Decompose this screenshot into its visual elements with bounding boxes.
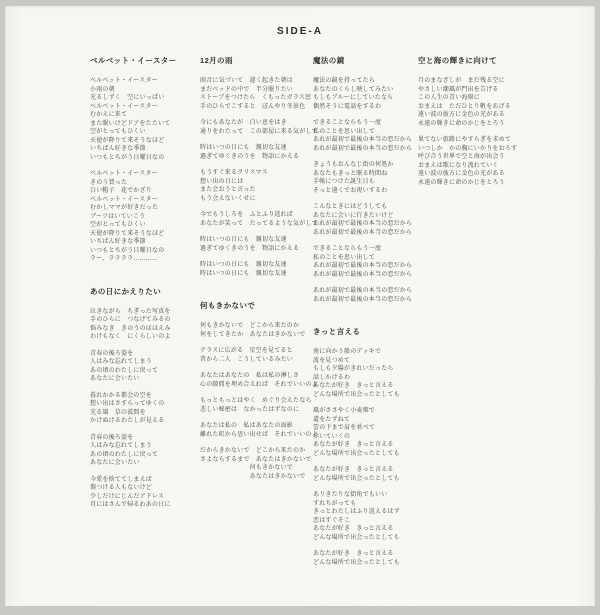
- lyric-line: あなたは私の 私はあなたの面影: [200, 422, 316, 431]
- lyric-line: 今にもあなたが 白い息をはき: [200, 119, 316, 128]
- lyric-line: ブーツはいていこう: [90, 213, 200, 222]
- lyric-line: あなたが好き きっと言える: [313, 550, 417, 559]
- lyric-line: あの頃のわたしに戻って: [90, 451, 200, 460]
- lyric-line: 雲の下まで肩を並べて: [313, 424, 417, 433]
- lyric-line: 手のひらに つなげてみるの: [90, 316, 200, 325]
- lyric-line: いつもとちがう日曜日なの: [90, 154, 200, 163]
- song-2-1: 12月の雨雨音に気づいて 遅く起きた朝はまだベッドの中で 半分眠りたいストーブを…: [200, 55, 316, 278]
- lyric-line: 心の隙間を埋め合えれば それでいいのよ: [200, 381, 316, 390]
- lyric-line: 魔法の鏡を持ってたら: [313, 77, 417, 86]
- lyric-line: そっと遠くでお祝いするわ: [313, 187, 417, 196]
- lyric-line: もしも夕陽がきれいだったら: [313, 365, 417, 374]
- lyric-line: あれが最初で最後の本当の恋だから: [313, 229, 417, 238]
- lyric-line: わけもなく にくらしいのよ: [90, 333, 200, 342]
- lyric-line: 遠い波の彼方に金色の光がある: [418, 111, 530, 120]
- stanza: 時はいつの日にも 親切な友達時はいつの日にも 親切な友達: [200, 261, 316, 278]
- stanza: あなたが好き きっと言えるどんな場所で出会ったとしても: [313, 550, 417, 567]
- lyric-line: おまえは歌になり流れていく: [418, 162, 530, 171]
- lyric-line: あれが最初で最後の本当の恋だから: [313, 145, 417, 154]
- lyric-line: あなたもきっと眠る時間ね: [313, 170, 417, 179]
- lyric-line: むかえに来て: [90, 111, 200, 120]
- lyric-line: 月のまなざしが まだ残る空に: [418, 77, 530, 86]
- stanza: 時はいつの日にも 親切な友達過ぎてゆくきのうを 物語にかえる: [200, 144, 316, 161]
- lyric-line: 青春の後ろ姿を: [90, 434, 200, 443]
- lyric-line: 遠い波の彼方に金色の光がある: [418, 170, 530, 179]
- lyric-line: 歩いていくの: [313, 433, 417, 442]
- lyrics-column-2: 12月の雨雨音に気づいて 遅く起きた朝はまだベッドの中で 半分眠りたいストーブを…: [200, 55, 316, 489]
- song-1-1: ベルベット・イースターベルベット・イースター小雨の朝光るしずく 空にいっぱいベル…: [90, 55, 200, 264]
- song-3-2: きっと言える南に向かう船のデッキで波を見つめてもしも夕陽がきれいだったら話しかけ…: [313, 326, 417, 567]
- stanza: できることならもう一度私のことを思い出してあれが最初で最後の本当の恋だからあれが…: [313, 245, 417, 279]
- lyric-line: あなたに会いたい: [90, 375, 200, 384]
- lyric-line: おまえは ただひとり帆をあげる: [418, 103, 530, 112]
- lyric-line: ベルベット・イースター: [90, 77, 200, 86]
- stanza: 泣きながら ちぎった写真を手のひらに つなげてみるの悩みなき きのうのほほえみわ…: [90, 308, 200, 342]
- stanza: 果てない旅路にやすらぎを求めていつしか かの胸にいかりをおろす呼び合う世界で空と…: [418, 136, 530, 187]
- lyric-line: 私のことを思い出して: [313, 254, 417, 263]
- song-title: 12月の雨: [200, 55, 316, 66]
- lyric-line: 話しかけるわ: [313, 374, 417, 383]
- lyric-line: あなたが好き きっと言える: [313, 441, 417, 450]
- stanza: だからきかないで どこから来たのかさよならするまで あなたはきかないで 何もきか…: [200, 447, 316, 481]
- lyric-line: 永遠の輝きに命のかじをとろう: [418, 120, 530, 129]
- lyric-line: ベルベット・イースター: [90, 170, 200, 179]
- lyric-line: 手帳につけた誕生日も: [313, 178, 417, 187]
- stanza: もっともっとはやく めぐり会えたなら悲しい秘密は なかったはずなのに: [200, 397, 316, 414]
- lyric-line: 泣きながら ちぎった写真を: [90, 308, 200, 317]
- lyric-line: やさしい潮風が門出を告げる: [418, 86, 530, 95]
- lyric-line: どんな場所で出会ったとしても: [313, 534, 417, 543]
- stanza: きょうもおんなじ街の何処かあなたもきっと眠る時間ね手帳につけた誕生日もそっと遠く…: [313, 161, 417, 195]
- song-3-1: 魔法の鏡魔法の鏡を持ってたらあなたのくらし映してみたいもしもブルーにしていたなら…: [313, 55, 417, 304]
- lyric-line: 空がとってもひくい: [90, 128, 200, 137]
- lyrics-column-1: ベルベット・イースターベルベット・イースター小雨の朝光るしずく 空にいっぱいベル…: [90, 55, 200, 518]
- stanza: ありきたりな街角でもいいすれちがってもきっとわたしはふり返えるはず恋はすぐそこあ…: [313, 491, 417, 542]
- lyric-line: 傷つける人もないけど: [90, 484, 200, 493]
- lyrics-column-3: 魔法の鏡魔法の鏡を持ってたらあなたのくらし映してみたいもしもブルーにしていたなら…: [313, 55, 417, 575]
- lyric-line: いつもとちがう日曜日なの: [90, 247, 200, 256]
- lyric-line: また会おうと言った: [200, 186, 316, 195]
- stanza: あなたは私の 私はあなたの面影離れた町から思い出せば それでいいのよ: [200, 422, 316, 439]
- lyric-line: ベルベット・イースター: [90, 196, 200, 205]
- lyric-line: 頁にはさんで帰るわあの日に: [90, 501, 200, 510]
- lyric-line: 時はいつの日にも 親切な友達: [200, 144, 316, 153]
- song-title: 空と海の輝きに向けて: [418, 55, 530, 66]
- lyric-line: 今愛を捨ててしまえば: [90, 476, 200, 485]
- lyric-line: きのう買った: [90, 179, 200, 188]
- lyric-line: あなたが好き きっと言える: [313, 525, 417, 534]
- stanza: 暮れかかる都会の空を想い出はさすらってゆくの光る風 草の波間をかけぬけるわたしが…: [90, 392, 200, 426]
- lyric-line: もしもブルーにしていたなら: [313, 94, 417, 103]
- lyric-line: 天使が降りて来そうなほど: [90, 137, 200, 146]
- lyric-line: もっともっとはやく めぐり会えたなら: [200, 397, 316, 406]
- song-2-2: 何もきかないで何もきかないで どこから来たのか何をしてきたか あなたはきかないで…: [200, 300, 316, 481]
- lyric-line: 私のことを思い出して: [313, 128, 417, 137]
- stanza: もうすぐ来るクリスマス想い出の日にはまた会おうと言ったもう会えないくせに: [200, 169, 316, 203]
- lyric-line: 呼び合う世界で空と海が出会う: [418, 153, 530, 162]
- song-title: あの日にかえりたい: [90, 286, 200, 297]
- lyric-line: 恋はすぐそこ: [313, 517, 417, 526]
- lyric-line: また眠いけどドアをたたいて: [90, 120, 200, 129]
- lyric-line: どんな場所で出会ったとしても: [313, 559, 417, 568]
- lyric-line: いちばん好きな季節: [90, 145, 200, 154]
- lyric-line: 雨音に気づいて 遅く起きた朝は: [200, 77, 316, 86]
- stanza: 今にもあなたが 白い息をはき通りをわたって この部屋に来る気がして: [200, 119, 316, 136]
- stanza: あなたが好き きっと言えるどんな場所で出会ったとしても: [313, 466, 417, 483]
- lyric-line: まだベッドの中で 半分眠りたい: [200, 86, 316, 95]
- lyric-line: この人生の青い海原に: [418, 94, 530, 103]
- stanza: 青春の後ろ姿を人はみな忘れてしまうあの頃のわたしに戻ってあなたに会いたい: [90, 350, 200, 384]
- lyric-line: すれちがっても: [313, 500, 417, 509]
- lyric-line: ありきたりな街角でもいい: [313, 491, 417, 500]
- lyric-line: 暮れかかる都会の空を: [90, 392, 200, 401]
- lyric-line: もう会えないくせに: [200, 195, 316, 204]
- song-title: 何もきかないで: [200, 300, 316, 311]
- lyric-line: 光るしずく 空にいっぱい: [90, 94, 200, 103]
- stanza: ベルベット・イースター小雨の朝光るしずく 空にいっぱいベルベット・イースターむか…: [90, 77, 200, 162]
- lyric-line: 白い帽子 花でかざり: [90, 187, 200, 196]
- song-title: 魔法の鏡: [313, 55, 417, 66]
- stanza: 何もきかないで どこから来たのか何をしてきたか あなたはきかないで: [200, 322, 316, 339]
- lyric-line: 何もきかないで どこから来たのか: [200, 322, 316, 331]
- lyric-line: 離れた町から思い出せば それでいいのよ: [200, 431, 316, 440]
- song-4-1: 空と海の輝きに向けて月のまなざしが まだ残る空にやさしい潮風が門出を告げるこの人…: [418, 55, 530, 187]
- lyric-line: さよならするまで あなたはきかないで: [200, 456, 316, 465]
- stanza: できることならもう一度私のことを思い出してあれが最初で最後の本当の恋だからあれが…: [313, 119, 417, 153]
- lyric-line: 時はいつの日にも 親切な友達: [200, 261, 316, 270]
- stanza: 雨音に気づいて 遅く起きた朝はまだベッドの中で 半分眠りたいストーブをつけたら …: [200, 77, 316, 111]
- lyric-line: 手のひらでこすると ぼんやり冬景色: [200, 103, 316, 112]
- lyric-line: 昔から二人 こうしているみたい: [200, 356, 316, 365]
- lyric-line: 時はいつの日にも 親切な友達: [200, 236, 316, 245]
- lyric-line: あなたはきかないで: [200, 473, 316, 482]
- stanza: ベルベット・イースターきのう買った白い帽子 花でかざりベルベット・イースターむか…: [90, 170, 200, 264]
- lyric-line: 悲しい秘密は なかったはずなのに: [200, 406, 316, 415]
- lyric-line: どんな場所で出会ったとしても: [313, 391, 417, 400]
- lyric-line: 果てない旅路にやすらぎを求めて: [418, 136, 530, 145]
- lyric-line: 悩みなき きのうのほほえみ: [90, 325, 200, 334]
- lyric-line: 少しだけにじんだアドレス: [90, 493, 200, 502]
- lyric-line: あの頃のわたしに戻って: [90, 367, 200, 376]
- lyric-line: どんな場所で出会ったとしても: [313, 450, 417, 459]
- lyric-line: 人はみな忘れてしまう: [90, 442, 200, 451]
- stanza: 青春の後ろ姿を人はみな忘れてしまうあの頃のわたしに戻ってあなたに会いたい: [90, 434, 200, 468]
- lyric-line: 波を見つめて: [313, 357, 417, 366]
- lyric-line: あれが最初で最後の本当の恋だから: [313, 262, 417, 271]
- lyric-line: きょうもおんなじ街の何処か: [313, 161, 417, 170]
- stanza: あれが最初で最後の本当の恋だからあれが最初で最後の本当の恋だから: [313, 287, 417, 304]
- lyrics-column-4: 空と海の輝きに向けて月のまなざしが まだ残る空にやさしい潮風が門出を告げるこの人…: [418, 55, 530, 195]
- lyric-line: あなたが好き きっと言える: [313, 382, 417, 391]
- lyric-line: あなたが好き きっと言える: [313, 466, 417, 475]
- lyric-line: あなたのくらし映してみたい: [313, 86, 417, 95]
- lyric-line: むかしママが好きだった: [90, 204, 200, 213]
- stanza: 魔法の鏡を持ってたらあなたのくらし映してみたいもしもブルーにしていたなら偶然そう…: [313, 77, 417, 111]
- lyric-line: 天使が降りて来そうなほど: [90, 230, 200, 239]
- lyric-line: こんなときにはどうしても: [313, 203, 417, 212]
- stanza: 風がささやく小麦畑で道をたずねて雲の下まで肩を並べて歩いていくのあなたが好き き…: [313, 407, 417, 458]
- stanza: 今でもうしろを ふとふり返ればあなたが笑って たってるような気がして: [200, 211, 316, 228]
- stanza: こんなときにはどうしてもあなたに会いに行きたいけどあれが最初で最後の本当の恋だか…: [313, 203, 417, 237]
- lyric-line: きっとわたしはふり返えるはず: [313, 508, 417, 517]
- stanza: 月のまなざしが まだ残る空にやさしい潮風が門出を告げるこの人生の青い海原におまえ…: [418, 77, 530, 128]
- lyric-line: 偶然そうに電話をするわ: [313, 103, 417, 112]
- lyric-line: 想い出の日には: [200, 178, 316, 187]
- lyric-line: 人はみな忘れてしまう: [90, 358, 200, 367]
- lyric-line: いちばん好きな季節: [90, 238, 200, 247]
- lyric-line: 道をたずねて: [313, 416, 417, 425]
- stanza: テラスに広がる 星空を見てると昔から二人 こうしているみたい: [200, 347, 316, 364]
- lyric-line: 通りをわたって この部屋に来る気がして: [200, 128, 316, 137]
- lyric-line: あれが最初で最後の本当の恋だから: [313, 136, 417, 145]
- lyric-line: あなたに会いに行きたいけど: [313, 212, 417, 221]
- lyric-line: かけぬけるわたしが見える: [90, 417, 200, 426]
- stanza: 南に向かう船のデッキで波を見つめてもしも夕陽がきれいだったら話しかけるわあなたが…: [313, 348, 417, 399]
- song-title: きっと言える: [313, 326, 417, 337]
- lyric-line: だからきかないで どこから来たのか: [200, 447, 316, 456]
- lyric-line: あれが最初で最後の本当の恋だから: [313, 296, 417, 305]
- lyric-line: 風がささやく小麦畑で: [313, 407, 417, 416]
- lyric-line: 今でもうしろを ふとふり返れば: [200, 211, 316, 220]
- lyric-line: 永遠の輝きに命のかじをとろう: [418, 179, 530, 188]
- lyric-line: あれが最初で最後の本当の恋だから: [313, 287, 417, 296]
- lyric-line: 南に向かう船のデッキで: [313, 348, 417, 357]
- song-title: ベルベット・イースター: [90, 55, 200, 66]
- lyric-sheet-page: SIDE-A ベルベット・イースターベルベット・イースター小雨の朝光るしずく 空…: [5, 6, 595, 606]
- lyric-line: 想い出はさすらってゆくの: [90, 400, 200, 409]
- lyric-line: いつしか かの胸にいかりをおろす: [418, 145, 530, 154]
- lyric-line: 時はいつの日にも 親切な友達: [200, 270, 316, 279]
- lyric-line: テラスに広がる 星空を見てると: [200, 347, 316, 356]
- lyric-line: あなたに会いたい: [90, 459, 200, 468]
- lyric-line: 過ぎてゆくきのうを 物語にかえる: [200, 153, 316, 162]
- lyric-line: できることならもう一度: [313, 245, 417, 254]
- lyric-line: 過ぎてゆくきのうを 物語にかえる: [200, 245, 316, 254]
- lyric-line: 空がとってもひくい: [90, 221, 200, 230]
- lyric-line: あなたが笑って たってるような気がして: [200, 220, 316, 229]
- lyrics-columns: ベルベット・イースターベルベット・イースター小雨の朝光るしずく 空にいっぱいベル…: [5, 6, 595, 606]
- stanza: あなたはあなたの 私は私の淋しさ心の隙間を埋め合えれば それでいいのよ: [200, 372, 316, 389]
- lyric-line: ベルベット・イースター: [90, 103, 200, 112]
- lyric-line: あなたはあなたの 私は私の淋しさ: [200, 372, 316, 381]
- song-1-2: あの日にかえりたい泣きながら ちぎった写真を手のひらに つなげてみるの悩みなき …: [90, 286, 200, 510]
- lyric-line: どんな場所で出会ったとしても: [313, 475, 417, 484]
- lyric-line: あれが最初で最後の本当の恋だから: [313, 271, 417, 280]
- lyric-line: ストーブをつけたら くもったガラス窓: [200, 94, 316, 103]
- stanza: 時はいつの日にも 親切な友達過ぎてゆくきのうを 物語にかえる: [200, 236, 316, 253]
- lyric-line: ラー、ララララ…………: [90, 255, 200, 264]
- lyric-line: 何をしてきたか あなたはきかないで: [200, 331, 316, 340]
- stanza: 今愛を捨ててしまえば傷つける人もないけど少しだけにじんだアドレス頁にはさんで帰る…: [90, 476, 200, 510]
- lyric-line: できることならもう一度: [313, 119, 417, 128]
- lyric-line: あれが最初で最後の本当の恋だから: [313, 220, 417, 229]
- lyric-line: もうすぐ来るクリスマス: [200, 169, 316, 178]
- lyric-line: 青春の後ろ姿を: [90, 350, 200, 359]
- lyric-line: 何もきかないで: [200, 464, 316, 473]
- lyric-line: 小雨の朝: [90, 86, 200, 95]
- lyric-line: 光る風 草の波間を: [90, 409, 200, 418]
